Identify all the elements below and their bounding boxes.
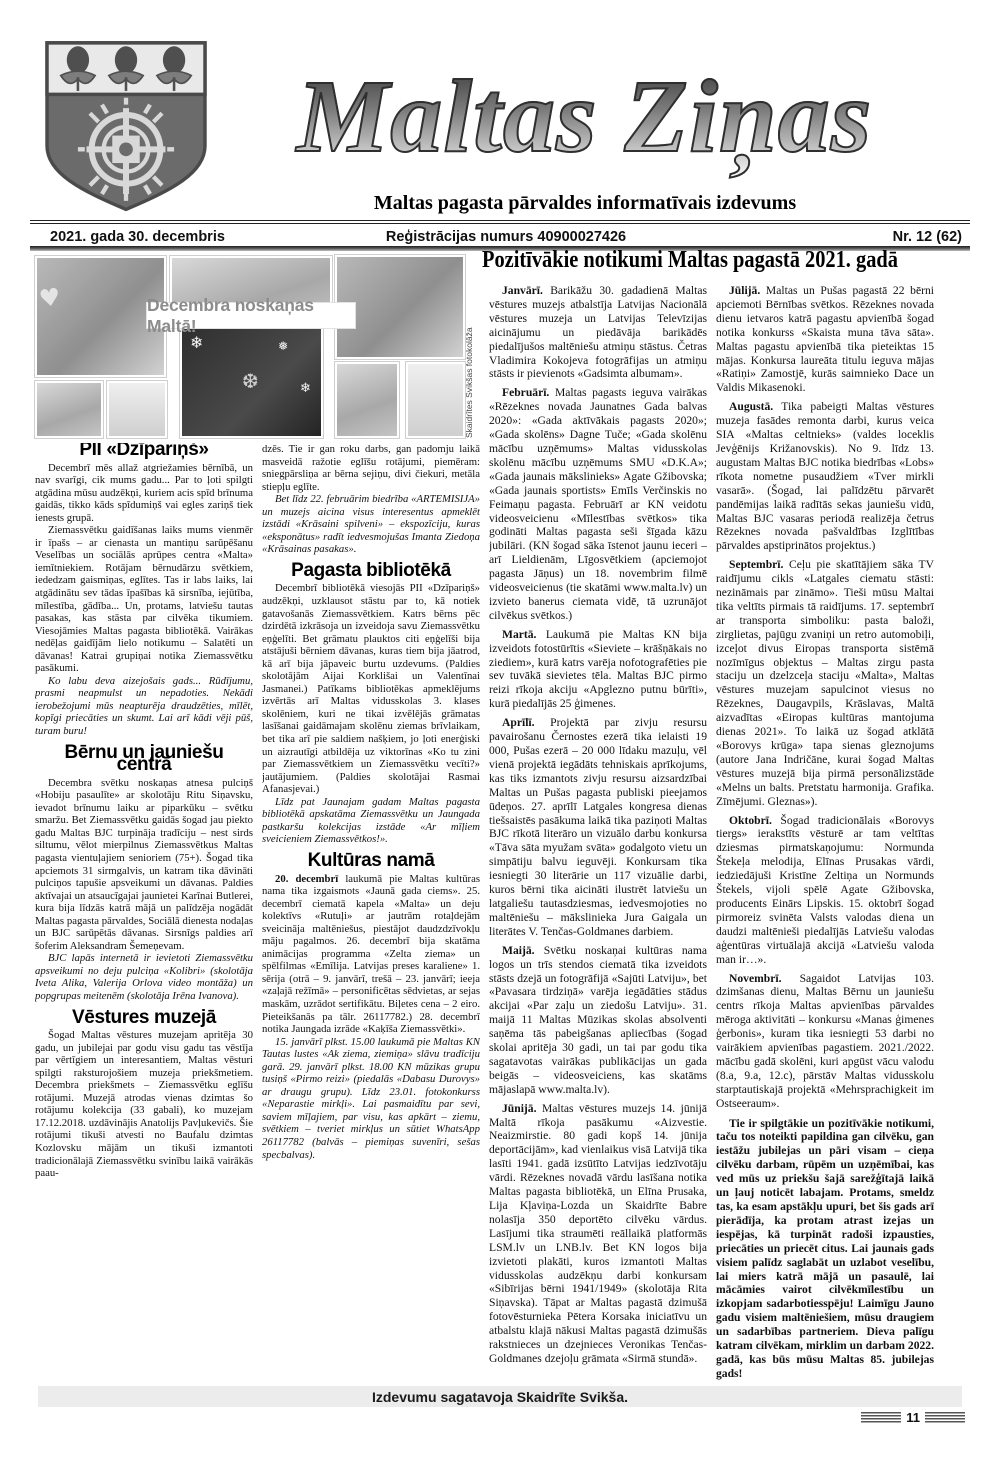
paragraph-text: Sagaidot Latvijas 103. dzimšanas dienu, … bbox=[716, 972, 934, 1110]
photo-santa-with-child bbox=[335, 362, 399, 438]
paragraph-text: Svētku noskaņai kultūras nama logos un t… bbox=[489, 944, 707, 1096]
month-lead: Novembrī. bbox=[729, 972, 781, 985]
month-lead: Aprīlī. bbox=[502, 716, 535, 729]
photo-girl-with-cookies bbox=[406, 362, 465, 438]
paragraph: Līdz pat Jaunajam gadam Maltas pagasta b… bbox=[262, 796, 480, 846]
month-lead: Februārī. bbox=[502, 386, 549, 399]
article-title-bjc: Bērnu un jauniešu centrā bbox=[35, 747, 253, 772]
column-4: Jūlijā. Maltas un Pušas pagastā 22 bērni… bbox=[716, 284, 934, 1384]
paragraph: Šogad Maltas vēstures muzejam apritēja 3… bbox=[35, 1029, 253, 1180]
issue-number: Nr. 12 (62) bbox=[662, 229, 970, 245]
paragraph-text: laukumā pie Maltas kultūras nama tika iz… bbox=[262, 873, 480, 1036]
footer-credit-bar: Izdevumu sagatavoja Skaidrīte Svikša. bbox=[38, 1386, 962, 1407]
month-paragraph: Martā. Laukumā pie Maltas KN bija izveid… bbox=[489, 628, 707, 711]
month-lead: Septembrī. bbox=[729, 558, 783, 571]
photo-collage: ♥ ❄ ❅ ❆ ❄ Decembra noskaņas Maltā! bbox=[35, 254, 469, 438]
paragraph-text: Šogad tradicionālais «Borovys tiergs» ie… bbox=[716, 814, 934, 966]
month-lead: Jūlijā. bbox=[729, 284, 760, 297]
closing-paragraph: Tie ir spilgtākie un pozitīvākie notikum… bbox=[716, 1117, 934, 1381]
month-paragraph: Jūlijā. Maltas un Pušas pagastā 22 bērni… bbox=[716, 284, 934, 395]
article-title-pagasta-biblioteka: Pagasta bibliotēkā bbox=[262, 565, 480, 578]
maltas-coat-of-arms-icon bbox=[40, 36, 212, 218]
month-paragraph: Maijā. Svētku noskaņai kultūras nama log… bbox=[489, 944, 707, 1097]
page-number-value: 11 bbox=[906, 1410, 920, 1425]
masthead-title: Maltas Ziņas bbox=[212, 42, 957, 194]
column-3: Janvārī. Barikāžu 30. gadadienā Maltas v… bbox=[489, 284, 707, 1384]
column-1: PII «Dzīpariņš» Decembrī mēs allaž atgri… bbox=[35, 443, 253, 1384]
article-title-kulturas-nama: Kultūras namā bbox=[262, 855, 480, 868]
month-paragraph: Oktobrī. Šogad tradicionālais «Borovys t… bbox=[716, 814, 934, 967]
paragraph: 20. decembrī laukumā pie Maltas kultūras… bbox=[262, 873, 480, 1036]
paragraph: BJC lapās internetā ir ievietoti Ziemass… bbox=[35, 952, 253, 1002]
paragraph-text: Maltas un Pušas pagastā 22 bērni apciemo… bbox=[716, 284, 934, 394]
page-number: 11 bbox=[861, 1410, 965, 1425]
month-paragraph: Augustā. Tika pabeigti Maltas vēstures m… bbox=[716, 400, 934, 553]
photo-clay-flower bbox=[107, 381, 167, 438]
snowflake-icon: ❄ bbox=[300, 381, 311, 396]
month-lead: Maijā. bbox=[502, 944, 535, 957]
month-paragraph: Novembrī. Sagaidot Latvijas 103. dzimšan… bbox=[716, 972, 934, 1111]
month-paragraph: Janvārī. Barikāžu 30. gadadienā Maltas v… bbox=[489, 284, 707, 381]
heart-decoration-icon: ♥ bbox=[37, 283, 62, 314]
lead-headline: Pozitīvākie notikumi Maltas pagastā 2021… bbox=[482, 247, 866, 283]
issue-date: 2021. gada 30. decembris bbox=[30, 229, 350, 245]
paragraph: Ziemassvētku gaidīšanas laiks mums vienm… bbox=[35, 524, 253, 675]
month-lead: Jūnijā. bbox=[502, 1102, 536, 1115]
month-lead: Martā. bbox=[502, 628, 536, 641]
paragraph: Ko labu deva aizejošais gads... Rūdījumu… bbox=[35, 675, 253, 738]
month-lead: Augustā. bbox=[729, 400, 773, 413]
column-2: dzēs. Tie ir gan roku darbs, gan padomju… bbox=[262, 443, 480, 1384]
collage-caption: Decembra noskaņas Maltā! bbox=[147, 303, 355, 328]
paragraph-text: Maltas vēstures muzejs 14. jūnijā Maltā … bbox=[489, 1102, 707, 1365]
page-number-rule-icon bbox=[861, 1412, 901, 1424]
paragraph-text: Barikāžu 30. gadadienā Maltas vēstures m… bbox=[489, 284, 707, 380]
paragraph: Decembrī mēs allaž atgriežamies bērnībā,… bbox=[35, 462, 253, 525]
newspaper-page: Maltas Ziņas Maltas pagasta pārvaldes in… bbox=[0, 0, 1000, 1464]
paragraph: 15. janvārī plkst. 15.00 laukumā pie Mal… bbox=[262, 1036, 480, 1161]
article-title-pii-dziparins: PII «Dzīpariņš» bbox=[35, 444, 253, 457]
month-paragraph: Jūnijā. Maltas vēstures muzejs 14. jūnij… bbox=[489, 1102, 707, 1366]
paragraph-continuation: dzēs. Tie ir gan roku darbs, gan padomju… bbox=[262, 443, 480, 493]
paragraph-text: Ceļu pie skatītājiem sāka TV raidījumu c… bbox=[716, 558, 934, 807]
snowflake-icon: ❅ bbox=[278, 339, 288, 353]
article-title-vestures-muzeja: Vēstures muzejā bbox=[35, 1012, 253, 1025]
snowflake-icon: ❆ bbox=[242, 369, 259, 393]
masthead-title-text: Maltas Ziņas bbox=[297, 59, 872, 174]
collage-photo-credit: Skaidrītes Svikšas fotokolāža bbox=[464, 288, 474, 438]
paragraph-text: Maltas pagasts ieguva vairākas «Rēzeknes… bbox=[489, 386, 707, 622]
month-paragraph: Februārī. Maltas pagasts ieguva vairākas… bbox=[489, 386, 707, 622]
paragraph: Decembrī bibliotēkā viesojās PII «Dzīpar… bbox=[262, 582, 480, 795]
photo-hugging-couple bbox=[35, 381, 103, 438]
page-number-rule-icon bbox=[925, 1412, 965, 1424]
photo-white-reindeer-sleigh: ❄ ❅ ❆ ❄ bbox=[180, 327, 323, 438]
paragraph-text: Tika pabeigti Maltas vēstures muzeja fas… bbox=[716, 400, 934, 552]
month-lead: Oktobrī. bbox=[729, 814, 772, 827]
registration-number: Reģistrācijas numurs 40900027426 bbox=[350, 229, 662, 245]
paragraph: Bet līdz 22. februārim biedrība «ARTEMIS… bbox=[262, 493, 480, 556]
paragraph-text: Projektā par zivju resursu pavairošanu Č… bbox=[489, 716, 707, 938]
month-paragraph: Septembrī. Ceļu pie skatītājiem sāka TV … bbox=[716, 558, 934, 808]
month-lead: Janvārī. bbox=[502, 284, 543, 297]
paragraph: Decembra svētku noskaņas atnesa pulciņš … bbox=[35, 777, 253, 953]
masthead-subtitle: Maltas pagasta pārvaldes informatīvais i… bbox=[235, 192, 935, 215]
month-paragraph: Aprīlī. Projektā par zivju resursu pavai… bbox=[489, 716, 707, 939]
date-lead: 20. decembrī bbox=[275, 873, 338, 885]
